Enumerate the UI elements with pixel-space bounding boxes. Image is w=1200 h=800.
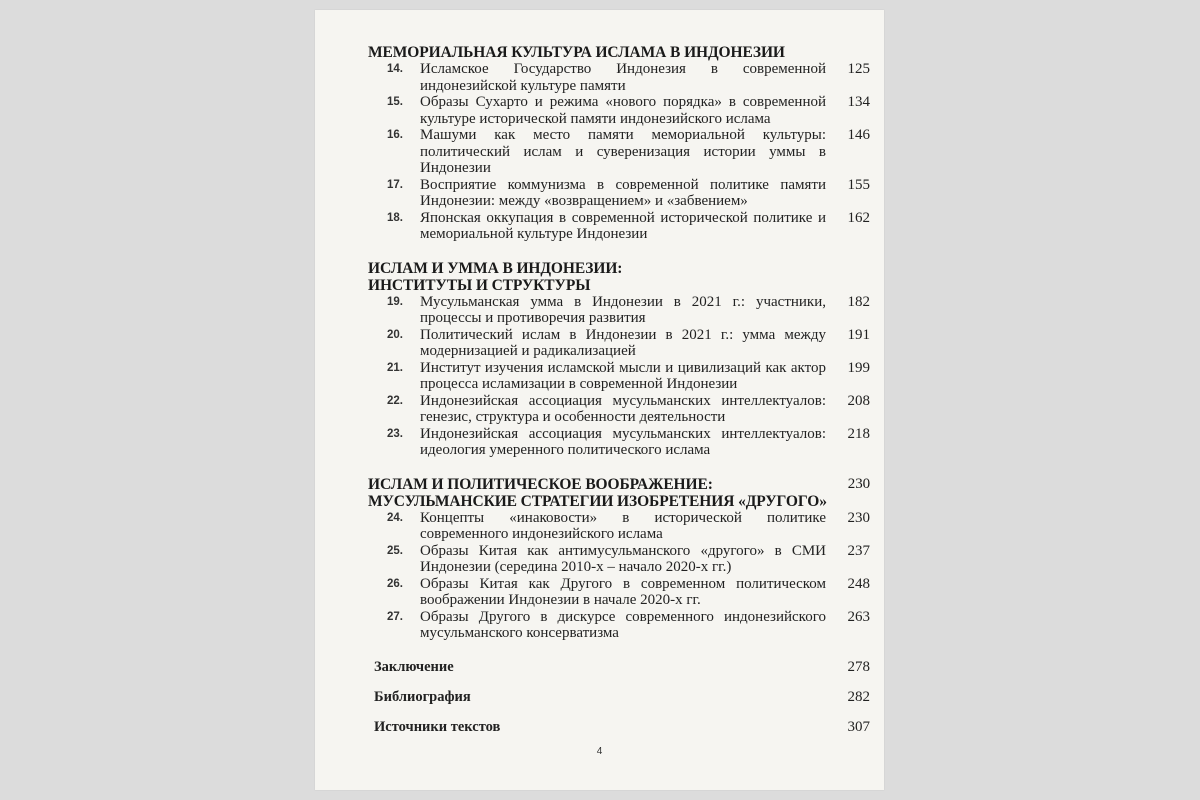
toc-entry: 27. Образы Другого в дискурсе современно… [368, 609, 870, 642]
entry-title: Образы Китая как антимусульманского «дру… [420, 543, 826, 576]
entry-title: Японская оккупация в современной историч… [420, 210, 826, 243]
section-heading-line: МЕМОРИАЛЬНАЯ КУЛЬТУРА ИСЛАМА В ИНДОНЕЗИИ [368, 44, 870, 61]
entry-title: Исламское Государство Индонезия в соврем… [420, 61, 826, 94]
entry-number: 24. [387, 510, 403, 527]
entry-page-number: 218 [848, 426, 871, 443]
entry-title: Индонезийская ассоциация мусульманских и… [420, 393, 826, 426]
section-page-number: 230 [848, 476, 870, 493]
section-heading: ИСЛАМ И ПОЛИТИЧЕСКОЕ ВООБРАЖЕНИЕ: МУСУЛЬ… [368, 476, 870, 510]
entry-number: 15. [387, 94, 403, 111]
toc-entry: 23. Индонезийская ассоциация мусульманск… [368, 426, 870, 459]
entry-title: Образы Сухарто и режима «нового порядка»… [420, 94, 826, 127]
toc-entry: 21. Институт изучения исламской мысли и … [368, 360, 870, 393]
section-heading-line: ИСЛАМ И УММА В ИНДОНЕЗИИ: [368, 260, 870, 277]
toc-back-matter-item: Заключение 278 [368, 659, 870, 689]
entry-page-number: 230 [848, 510, 871, 527]
entry-number: 18. [387, 210, 403, 227]
back-matter-label: Заключение [374, 659, 454, 676]
toc-back-matter-item: Библиография 282 [368, 689, 870, 719]
entry-page-number: 162 [848, 210, 871, 227]
toc-entry: 19. Мусульманская умма в Индонезии в 202… [368, 294, 870, 327]
toc-entry: 16. Машуми как место памяти мемориальной… [368, 127, 870, 177]
toc-entry: 24. Концепты «инаковости» в исторической… [368, 510, 870, 543]
entry-number: 27. [387, 609, 403, 626]
entry-title: Образы Китая как Другого в современном п… [420, 576, 826, 609]
entry-page-number: 199 [848, 360, 871, 377]
toc-entry: 25. Образы Китая как антимусульманского … [368, 543, 870, 576]
entry-page-number: 182 [848, 294, 871, 311]
entry-title: Образы Другого в дискурсе современного и… [420, 609, 826, 642]
entry-number: 19. [387, 294, 403, 311]
toc-entry: 20. Политический ислам в Индонезии в 202… [368, 327, 870, 360]
back-matter-label: Библиография [374, 689, 471, 706]
toc-entry: 22. Индонезийская ассоциация мусульманск… [368, 393, 870, 426]
entry-number: 20. [387, 327, 403, 344]
section-heading-line: ИНСТИТУТЫ И СТРУКТУРЫ [368, 277, 870, 294]
entry-title: Институт изучения исламской мысли и циви… [420, 360, 826, 393]
toc-entry: 15. Образы Сухарто и режима «нового поря… [368, 94, 870, 127]
entry-number: 14. [387, 61, 403, 78]
section-heading-line: МУСУЛЬМАНСКИЕ СТРАТЕГИИ ИЗОБРЕТЕНИЯ «ДРУ… [368, 493, 870, 510]
toc-section: ИСЛАМ И ПОЛИТИЧЕСКОЕ ВООБРАЖЕНИЕ: МУСУЛЬ… [368, 476, 870, 642]
back-matter-page-number: 307 [848, 719, 871, 736]
page-folio: 4 [315, 746, 884, 757]
back-matter-page-number: 278 [848, 659, 871, 676]
entry-page-number: 208 [848, 393, 871, 410]
entry-title: Политический ислам в Индонезии в 2021 г.… [420, 327, 826, 360]
entry-page-number: 155 [848, 177, 871, 194]
toc-back-matter-item: Источники текстов 307 [368, 719, 870, 749]
entry-number: 21. [387, 360, 403, 377]
toc-entry: 14. Исламское Государство Индонезия в со… [368, 61, 870, 94]
toc-section: МЕМОРИАЛЬНАЯ КУЛЬТУРА ИСЛАМА В ИНДОНЕЗИИ… [368, 44, 870, 243]
entry-number: 25. [387, 543, 403, 560]
entry-page-number: 125 [848, 61, 871, 78]
toc-entry: 17. Восприятие коммунизма в современной … [368, 177, 870, 210]
section-heading-line: ИСЛАМ И ПОЛИТИЧЕСКОЕ ВООБРАЖЕНИЕ: [368, 476, 870, 493]
entry-number: 23. [387, 426, 403, 443]
toc-entry: 26. Образы Китая как Другого в современн… [368, 576, 870, 609]
entry-title: Индонезийская ассоциация мусульманских и… [420, 426, 826, 459]
toc-section: ИСЛАМ И УММА В ИНДОНЕЗИИ: ИНСТИТУТЫ И СТ… [368, 260, 870, 459]
toc-entry: 18. Японская оккупация в современной ист… [368, 210, 870, 243]
entry-number: 17. [387, 177, 403, 194]
entry-page-number: 146 [848, 127, 871, 144]
document-page: МЕМОРИАЛЬНАЯ КУЛЬТУРА ИСЛАМА В ИНДОНЕЗИИ… [315, 10, 884, 790]
back-matter-page-number: 282 [848, 689, 871, 706]
entry-title: Концепты «инаковости» в исторической пол… [420, 510, 826, 543]
entry-number: 22. [387, 393, 403, 410]
section-heading: МЕМОРИАЛЬНАЯ КУЛЬТУРА ИСЛАМА В ИНДОНЕЗИИ [368, 44, 870, 61]
back-matter-label: Источники текстов [374, 719, 500, 736]
entry-title: Машуми как место памяти мемориальной кул… [420, 127, 826, 177]
entry-page-number: 248 [848, 576, 871, 593]
entry-title: Мусульманская умма в Индонезии в 2021 г.… [420, 294, 826, 327]
entry-page-number: 191 [848, 327, 871, 344]
entry-title: Восприятие коммунизма в современной поли… [420, 177, 826, 210]
section-heading: ИСЛАМ И УММА В ИНДОНЕЗИИ: ИНСТИТУТЫ И СТ… [368, 260, 870, 294]
entry-page-number: 263 [848, 609, 871, 626]
entry-number: 26. [387, 576, 403, 593]
table-of-contents: МЕМОРИАЛЬНАЯ КУЛЬТУРА ИСЛАМА В ИНДОНЕЗИИ… [368, 44, 870, 749]
entry-number: 16. [387, 127, 403, 144]
entry-page-number: 237 [848, 543, 871, 560]
entry-page-number: 134 [848, 94, 871, 111]
